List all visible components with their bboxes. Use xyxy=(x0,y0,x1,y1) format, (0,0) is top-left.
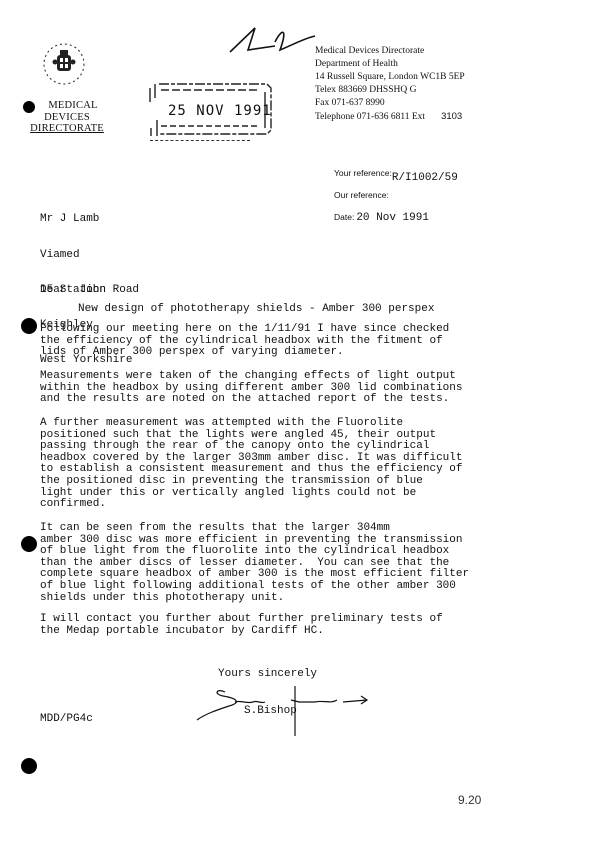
department-crest-icon xyxy=(42,40,86,88)
punch-hole xyxy=(21,758,37,774)
address-line-telephone: Telephone 071-636 6811 Ext3103 xyxy=(315,110,465,124)
address-line: Fax 071-637 8990 xyxy=(315,97,465,110)
letter-date: Date:20 Nov 1991 xyxy=(334,212,458,234)
your-reference: Your reference:R/I1002/59 xyxy=(334,168,458,190)
our-reference: Our reference: xyxy=(334,190,458,212)
date-value: 20 Nov 1991 xyxy=(356,212,429,224)
handwritten-page-note: 9.20 xyxy=(458,793,481,807)
logo-line-devices: DEVICES xyxy=(22,112,112,124)
your-reference-label: Your reference: xyxy=(334,168,392,178)
address-line: 14 Russell Square, London WC1B 5EP xyxy=(315,71,465,84)
body-paragraph: Following our meeting here on the 1/11/9… xyxy=(40,324,449,359)
signer-name: S.Bishop xyxy=(244,705,297,717)
address-line: Medical Devices Directorate xyxy=(315,45,465,58)
reference-block: Your reference:R/I1002/59 Our reference:… xyxy=(334,168,458,234)
telephone-extension: 3103 xyxy=(441,111,462,122)
punch-hole xyxy=(21,318,37,334)
punch-hole xyxy=(21,536,37,552)
handwritten-initials xyxy=(220,20,320,60)
date-label: Date: xyxy=(334,212,354,222)
department-address: Medical Devices Directorate Department o… xyxy=(315,45,465,124)
stamp-date: 25 NOV 1991 xyxy=(168,103,272,119)
salutation: Dear John xyxy=(40,284,106,296)
logo-line-medical: MEDICAL xyxy=(22,100,112,112)
recipient-line: Mr J Lamb xyxy=(40,214,139,226)
closing: Yours sincerely xyxy=(218,668,317,680)
recipient-line: Viamed xyxy=(40,250,139,262)
our-reference-label: Our reference: xyxy=(334,190,389,200)
subject-line: New design of phototherapy shields - Amb… xyxy=(78,303,434,315)
address-line: Department of Health xyxy=(315,58,465,71)
your-reference-value: R/I1002/59 xyxy=(392,172,458,184)
body-paragraph: I will contact you further about further… xyxy=(40,614,443,637)
logo-line-directorate: DIRECTORATE xyxy=(22,123,112,135)
address-line: Telex 883669 DHSSHQ G xyxy=(315,84,465,97)
body-paragraph: It can be seen from the results that the… xyxy=(40,523,469,604)
directorate-logo-text: MEDICAL DEVICES DIRECTORATE xyxy=(22,100,112,135)
stamp-underline xyxy=(150,140,250,141)
telephone-text: Telephone 071-636 6811 Ext xyxy=(315,112,425,122)
reference-code: MDD/PG4c xyxy=(40,713,93,725)
body-paragraph: A further measurement was attempted with… xyxy=(40,418,462,511)
body-paragraph: Measurements were taken of the changing … xyxy=(40,371,462,406)
